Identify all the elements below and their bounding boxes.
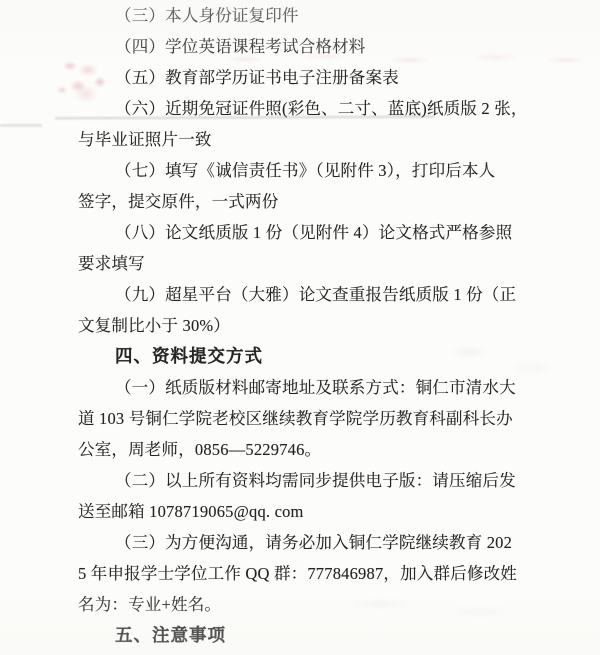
text-line: 签字，提交原件，一式两份 [78,186,548,217]
text-line: （八）论文纸质版 1 份（见附件 4）论文格式严格参照 [78,217,548,248]
text-line: （五）教育部学历证书电子注册备案表 [78,62,548,93]
text-line: 与毕业证照片一致 [78,124,548,155]
document-text: （三）本人身份证复印件（四）学位英语课程考试合格材料（五）教育部学历证书电子注册… [78,0,548,651]
section-heading: 五、注意事项 [78,620,548,651]
text-line: （三）本人身份证复印件 [78,0,548,31]
text-line: （六）近期免冠证件照(彩色、二寸、蓝底)纸质版 2 张， [78,93,548,124]
text-line: 公室，周老师，0856—5229746。 [78,434,548,465]
scanned-document-page: （三）本人身份证复印件（四）学位英语课程考试合格材料（五）教育部学历证书电子注册… [0,0,600,655]
text-line: 道 103 号铜仁学院老校区继续教育学院学历教育科副科长办 [78,403,548,434]
text-line: 要求填写 [78,248,548,279]
text-line: （四）学位英语课程考试合格材料 [78,31,548,62]
section-heading: 四、资料提交方式 [78,341,548,372]
text-line: 文复制比小于 30%） [78,310,548,341]
text-line: 送至邮箱 1078719065@qq. com [78,496,548,527]
text-line: 5 年申报学士学位工作 QQ 群：777846987，加入群后修改姓 [78,558,548,589]
scanner-streak [0,124,42,127]
text-line: （九）超星平台（大雅）论文查重报告纸质版 1 份（正 [78,279,548,310]
text-line: （七）填写《诚信责任书》（见附件 3），打印后本人 [78,155,548,186]
text-line: 名为：专业+姓名。 [78,589,548,620]
text-line: （一）纸质版材料邮寄地址及联系方式：铜仁市清水大 [78,372,548,403]
text-line: （二）以上所有资料均需同步提供电子版：请压缩后发 [78,465,548,496]
text-line: （三）为方便沟通，请务必加入铜仁学院继续教育 202 [78,527,548,558]
